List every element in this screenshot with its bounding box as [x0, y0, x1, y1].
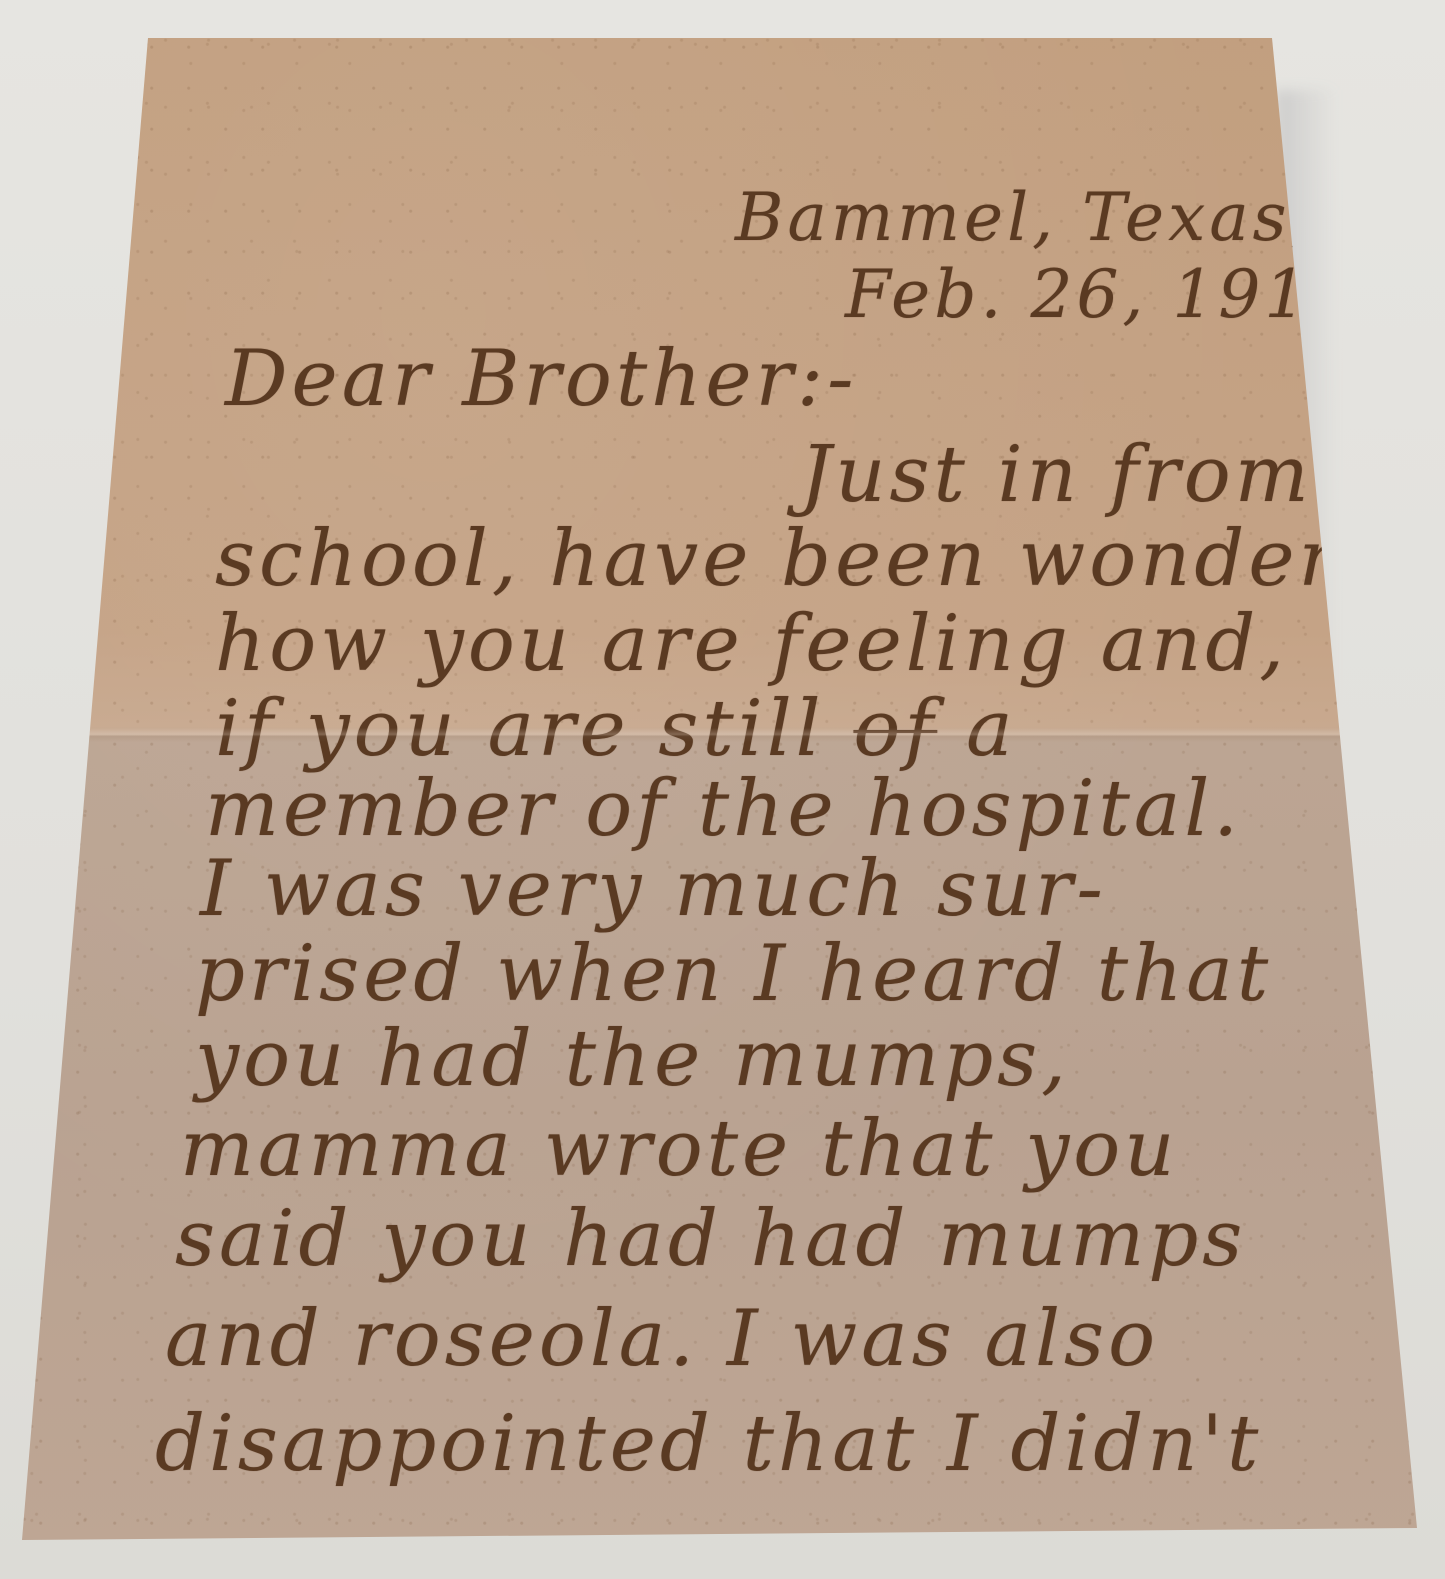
letter-body-line-6: I was very much sur- — [200, 850, 1107, 928]
struck-word: of — [853, 684, 937, 774]
letter-body-line-3: how you are feeling and, — [215, 605, 1288, 683]
letter-body-line-11: and roseola. I was also — [165, 1300, 1159, 1378]
letter-body-line-9: mamma wrote that you — [180, 1110, 1178, 1188]
letter-body-line-5: member of the hospital. — [205, 770, 1242, 848]
letter-paper: Bammel, Texas, Feb. 26, 1918. Dear Broth… — [0, 0, 1445, 1579]
letter-body-line-10: said you had had mumps — [175, 1200, 1246, 1278]
letter-body-line-2: school, have been wondering — [215, 520, 1445, 598]
letter-body-line-8: you had the mumps, — [195, 1020, 1070, 1098]
letter-body-line-4: if you are still of a — [215, 690, 1017, 768]
letter-body-line-12: disappointed that I didn't — [155, 1405, 1262, 1483]
letter-place: Bammel, Texas, — [735, 185, 1316, 251]
line-4-tail: a — [966, 684, 1017, 774]
letter-body-line-7: prised when I heard that — [195, 935, 1272, 1013]
letter-salutation: Dear Brother:- — [225, 340, 858, 418]
letter-body-line-1: Just in from — [800, 436, 1313, 514]
line-4-text: if you are still — [215, 684, 825, 774]
